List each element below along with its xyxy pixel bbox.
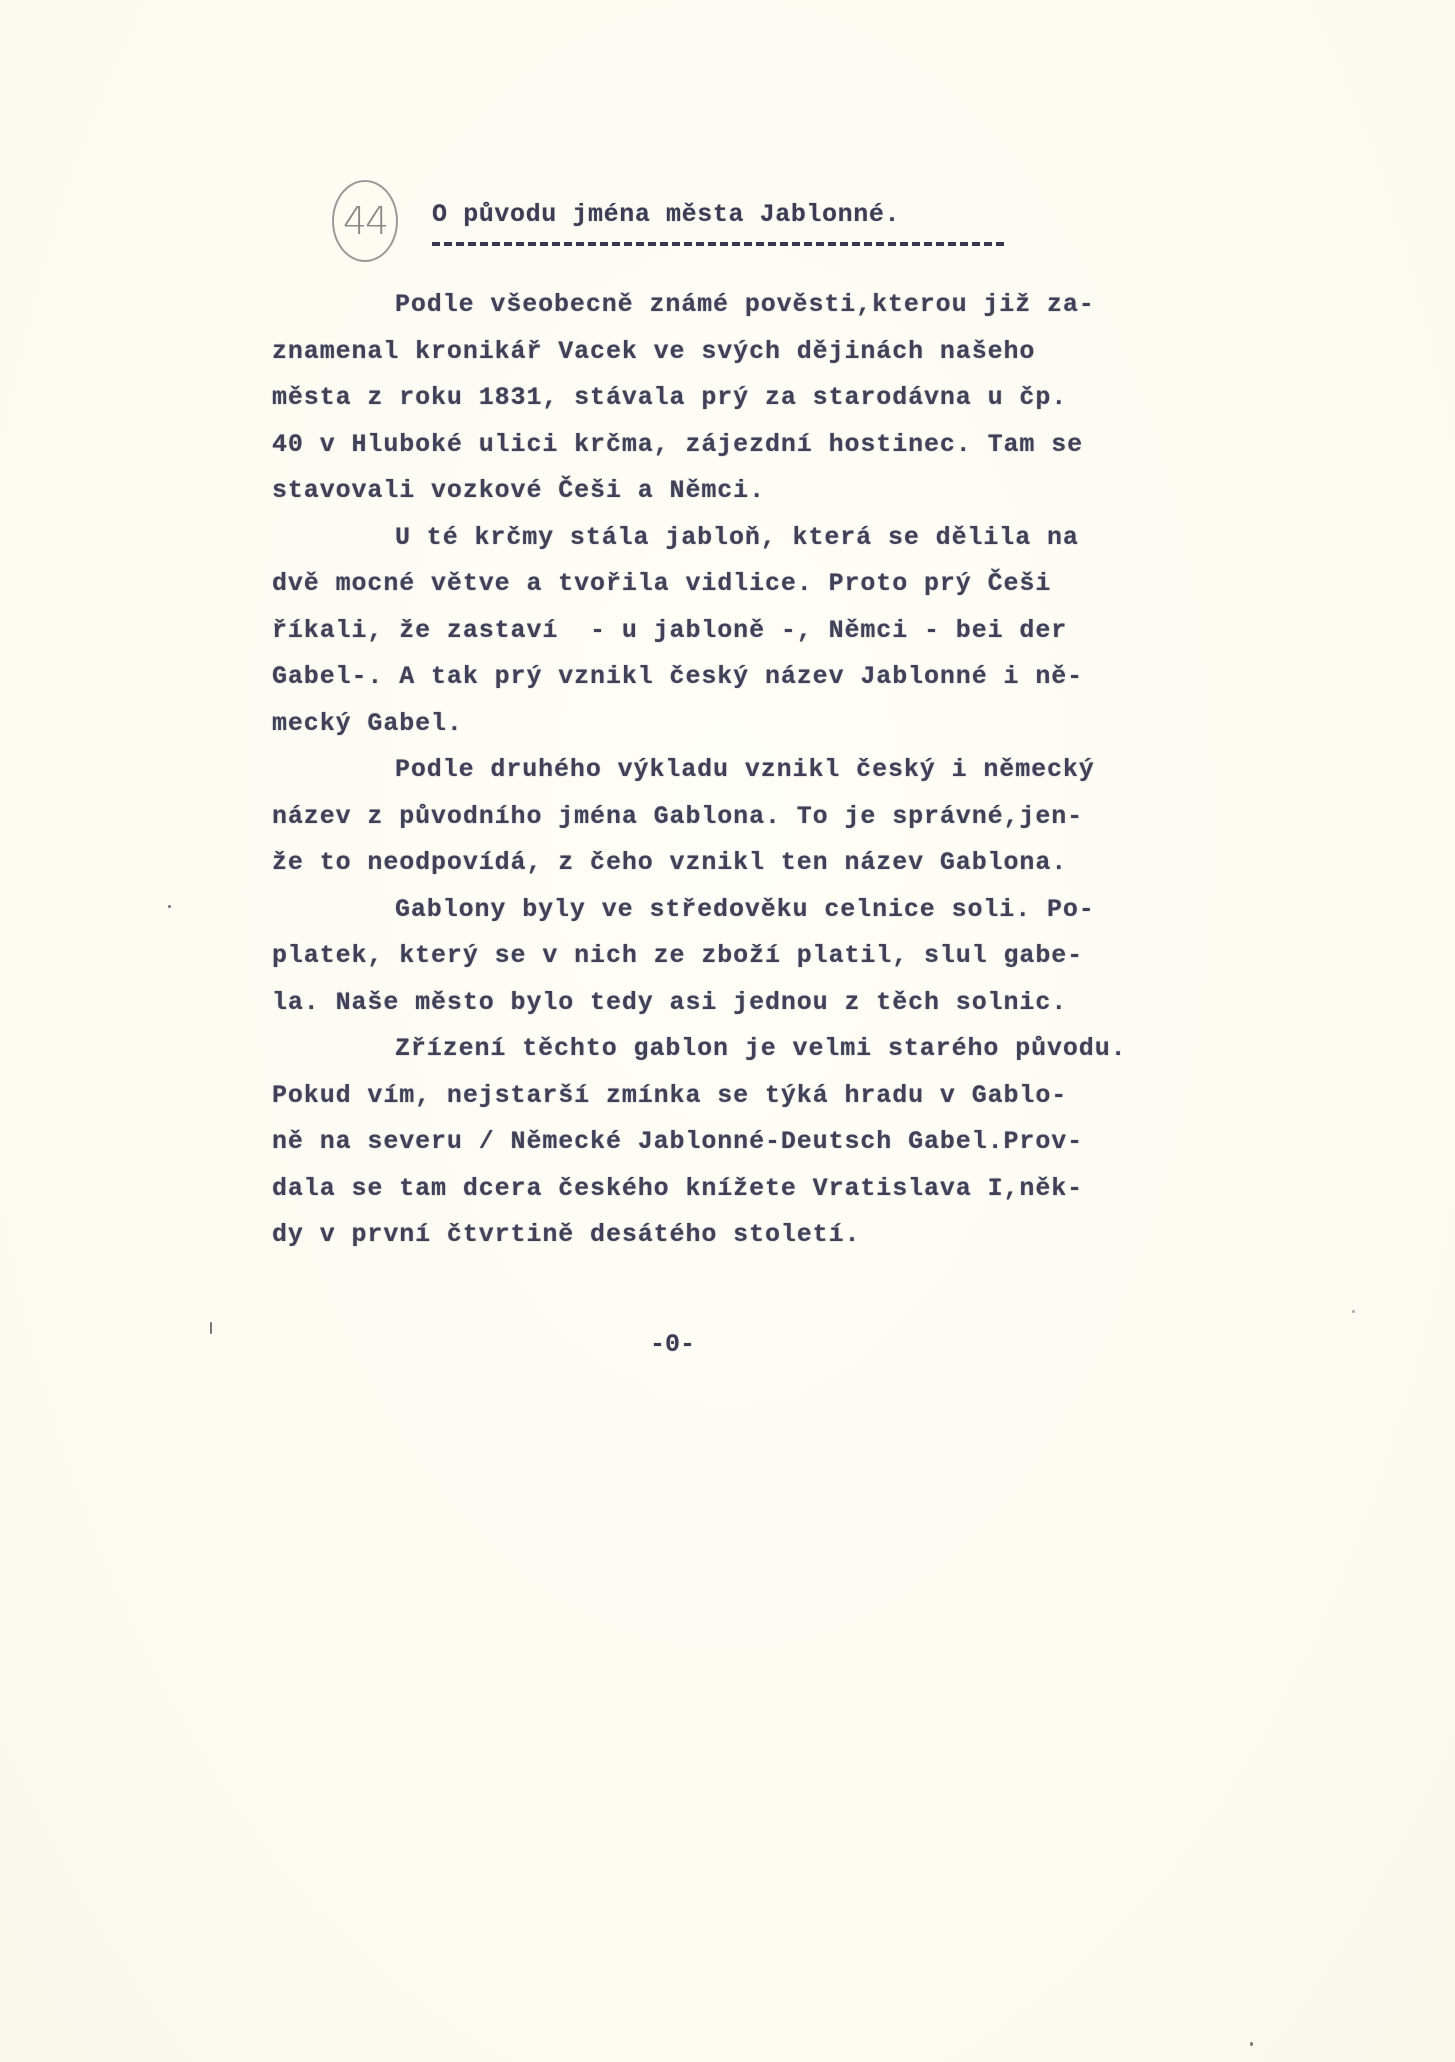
text-line: stavovali vozkové Češi a Němci. bbox=[272, 468, 1322, 515]
paragraph-2: U té krčmy stála jabloň, která se dělila… bbox=[272, 515, 1322, 748]
text-line: říkali, že zastaví - u jabloně -, Němci … bbox=[272, 608, 1322, 655]
text-line: U té krčmy stála jabloň, která se dělila… bbox=[272, 515, 1322, 562]
text-line: Pokud vím, nejstarší zmínka se týká hrad… bbox=[272, 1073, 1322, 1120]
paragraph-4: Gablony byly ve středověku celnice soli.… bbox=[272, 887, 1322, 1027]
text-line: dy v první čtvrtině desátého století. bbox=[272, 1212, 1322, 1259]
paragraph-3: Podle druhého výkladu vznikl český i něm… bbox=[272, 747, 1322, 887]
text-line: Gabel-. A tak prý vznikl český název Jab… bbox=[272, 654, 1322, 701]
text-line: dala se tam dcera českého knížete Vratis… bbox=[272, 1166, 1322, 1213]
paragraph-5: Zřízení těchto gablon je velmi starého p… bbox=[272, 1026, 1322, 1259]
text-line: znamenal kronikář Vacek ve svých dějinác… bbox=[272, 329, 1322, 376]
text-line: dvě mocné větve a tvořila vidlice. Proto… bbox=[272, 561, 1322, 608]
handwritten-page-number: 44 bbox=[332, 180, 398, 262]
text-line: Podle druhého výkladu vznikl český i něm… bbox=[272, 747, 1322, 794]
paragraph-1: Podle všeobecně známé pověsti,kterou již… bbox=[272, 282, 1322, 515]
text-line: Zřízení těchto gablon je velmi starého p… bbox=[272, 1026, 1322, 1073]
text-line: platek, který se v nich ze zboží platil,… bbox=[272, 933, 1322, 980]
paper-speck bbox=[210, 1322, 212, 1334]
title-underline bbox=[432, 242, 1004, 246]
text-line: mecký Gabel. bbox=[272, 701, 1322, 748]
paper-speck bbox=[1250, 2042, 1253, 2046]
document-page: 44 O původu jména města Jablonné. Podle … bbox=[0, 0, 1455, 2062]
text-line: že to neodpovídá, z čeho vznikl ten náze… bbox=[272, 840, 1322, 887]
text-line: ně na severu / Německé Jablonné-Deutsch … bbox=[272, 1119, 1322, 1166]
paper-speck bbox=[1352, 1310, 1355, 1313]
document-body: Podle všeobecně známé pověsti,kterou již… bbox=[272, 282, 1322, 1259]
text-line: 40 v Hluboké ulici krčma, zájezdní hosti… bbox=[272, 422, 1322, 469]
text-line: Podle všeobecně známé pověsti,kterou již… bbox=[272, 282, 1322, 329]
text-line: města z roku 1831, stávala prý za starod… bbox=[272, 375, 1322, 422]
paper-speck bbox=[168, 905, 171, 908]
document-title: O původu jména města Jablonné. bbox=[432, 200, 900, 229]
text-line: Gablony byly ve středověku celnice soli.… bbox=[272, 887, 1322, 934]
text-line: la. Naše město bylo tedy asi jednou z tě… bbox=[272, 980, 1322, 1027]
end-mark: -0- bbox=[650, 1330, 695, 1359]
text-line: název z původního jména Gablona. To je s… bbox=[272, 794, 1322, 841]
